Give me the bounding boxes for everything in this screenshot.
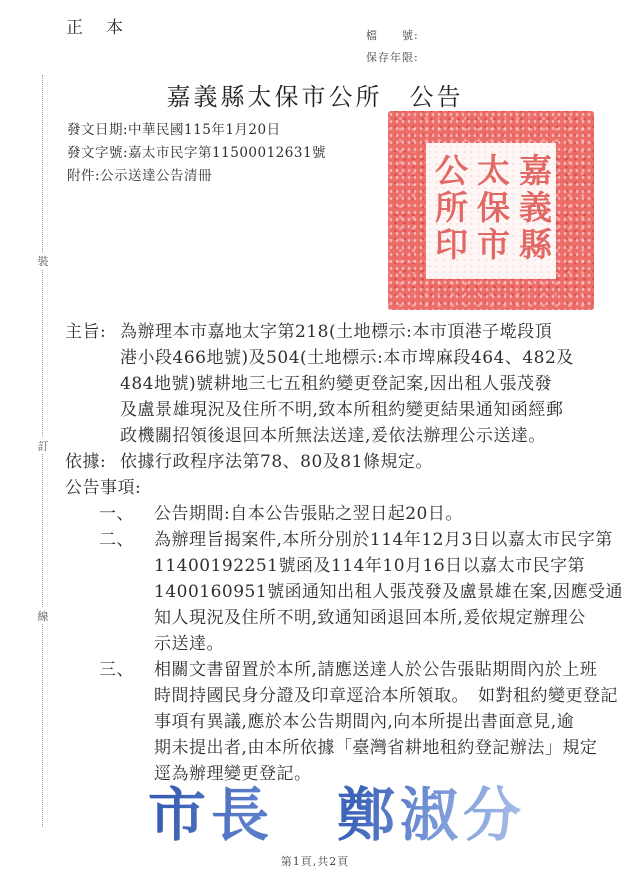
item-line: 相關文書留置於本所,請應送達人於公告張貼期間內於上班 (154, 657, 618, 683)
subject-section: 主旨: 為辦理本市嘉地太字第218(土地標示:本市頂港子墘段頂 港小段466地號… (65, 319, 577, 449)
item-line: 期未提出者,由本所依據「臺灣省耕地租約登記辦法」規定 (154, 735, 618, 761)
item-number: 三、 (99, 657, 154, 787)
basis-text: 依據行政程序法第78、80及81條規定。 (120, 449, 577, 475)
announcement-item-1: 一、 公告期間:自本公告張貼之翌日起20日。 (65, 501, 577, 527)
page-number: 第1頁,共2頁 (0, 853, 630, 869)
basis-section: 依據: 依據行政程序法第78、80及81條規定。 (65, 449, 577, 475)
item-line: 公告期間:自本公告張貼之翌日起20日。 (154, 501, 577, 527)
document-number: 發文字號:嘉太市民字第11500012631號 (67, 142, 326, 165)
mayor-signature-stamp: 市長 鄭淑分 (148, 768, 538, 852)
subject-line: 及盧景雄現況及住所不明,致本所租約變更結果通知函經郵 (120, 397, 577, 423)
announcement-document-page: 正 本 檔 號: 保存年限: 嘉義縣太保市公所 公告 發文日期:中華民國115年… (0, 0, 630, 895)
item-number: 一、 (99, 501, 154, 527)
document-meta: 發文日期:中華民國115年1月20日 發文字號:嘉太市民字第1150001263… (67, 119, 326, 188)
binding-mark-xian: 線 (35, 608, 51, 624)
official-red-seal: 嘉義縣太保市公所印 (388, 111, 594, 310)
subject-label: 主旨: (65, 319, 120, 449)
copy-type-label: 正 本 (66, 13, 126, 38)
item-line: 1400160951號函通知出租人張茂發及盧景雄在案,因應受通 (154, 579, 623, 605)
binding-mark-ding: 訂 (35, 438, 51, 454)
subject-line: 為辦理本市嘉地太字第218(土地標示:本市頂港子墘段頂 (120, 319, 577, 345)
attachment-note: 附件:公示送達公告清冊 (67, 165, 326, 188)
document-title: 嘉義縣太保市公所 公告 (0, 77, 630, 112)
announcement-item-2: 二、 為辦理旨揭案件,本所分別於114年12月3日以嘉太市民字第 1140019… (65, 527, 577, 657)
announcement-items-header: 公告事項: (65, 475, 577, 501)
subject-line: 港小段466地號)及504(土地標示:本市埤麻段464、482及 (120, 345, 577, 371)
file-number-label: 檔 號: (366, 25, 419, 47)
seal-inner-face: 嘉義縣太保市公所印 (426, 143, 556, 279)
basis-label: 依據: (65, 449, 120, 475)
item-line: 時間持國民身分證及印章逕洽本所領取。 如對租約變更登記 (154, 683, 618, 709)
issue-date: 發文日期:中華民國115年1月20日 (67, 119, 326, 142)
item-line: 事項有異議,應於本公告期間內,向本所提出書面意見,逾 (154, 709, 618, 735)
item-line: 知人現況及住所不明,致通知函退回本所,爰依規定辦理公 (154, 605, 623, 631)
seal-text: 嘉義縣太保市公所印 (428, 153, 554, 269)
item-line: 示送達。 (154, 631, 623, 657)
retention-period-label: 保存年限: (366, 47, 419, 69)
item-number: 二、 (99, 527, 154, 657)
item-line: 11400192251號函及114年10月16日以嘉太市民字第 (154, 553, 623, 579)
item-line: 為辦理旨揭案件,本所分別於114年12月3日以嘉太市民字第 (154, 527, 623, 553)
document-body: 主旨: 為辦理本市嘉地太字第218(土地標示:本市頂港子墘段頂 港小段466地號… (65, 319, 577, 787)
subject-line: 政機關招領後退回本所無法送達,爰依法辦理公示送達。 (120, 423, 577, 449)
subject-line: 484地號)號耕地三七五租約變更登記案,因出租人張茂發 (120, 371, 577, 397)
binding-mark-zhuang: 裝 (35, 253, 51, 269)
archive-labels: 檔 號: 保存年限: (366, 25, 419, 69)
